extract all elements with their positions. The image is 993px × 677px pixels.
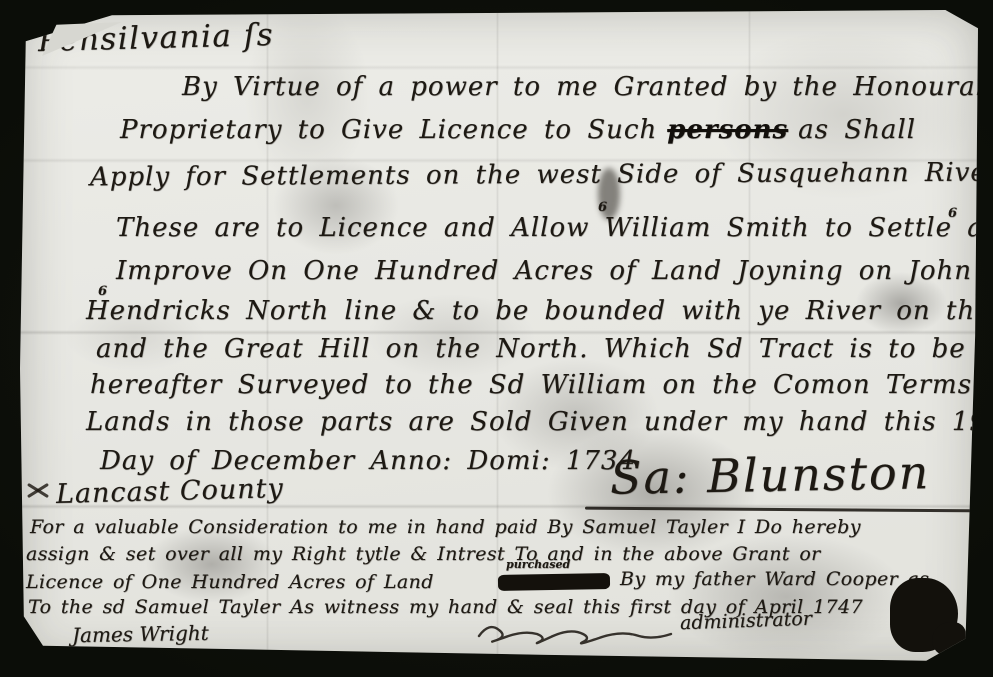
assignment-line-1: For a valuable Consideration to me in ha… [30, 516, 861, 538]
struck-word: persons [667, 115, 788, 145]
manuscript-line-1: By Virtue of a power to me Granted by th… [182, 72, 993, 102]
line-9-superscript: th [989, 409, 993, 425]
photograph-background: Pensilvania ſs By Virtue of a power to m… [0, 0, 993, 677]
manuscript-line-9: Lands in those parts are Sold Given unde… [86, 407, 993, 437]
ink-blot-obliteration [498, 573, 610, 591]
administrator-label: administrator [680, 608, 813, 635]
manuscript-line-2: Proprietary to Give Licence to Suchperso… [120, 115, 916, 145]
manuscript-line-5: Improve On One Hundred Acres of Land Joy… [116, 256, 972, 286]
assignment-line-3-before: Licence of One Hundred Acres of Land [26, 571, 434, 593]
line-2-before: Proprietary to Give Licence to Such [120, 115, 657, 145]
manuscript-line-6: Hendricks North line & to be bounded wit… [86, 296, 993, 326]
manuscript-line-10: Day of December Anno: Domi: 1734 [100, 446, 636, 476]
ink-smudge [598, 168, 620, 220]
signature-scrawl [475, 618, 675, 646]
signature-flourish-line [585, 507, 981, 513]
manuscript-line-8: hereafter Surveyed to the Sd William on … [90, 370, 993, 400]
county-heading: Lancast County [56, 473, 284, 510]
witness-signature: James Wright [72, 621, 209, 647]
line-9-text: Lands in those parts are Sold Given unde… [86, 407, 987, 437]
seal-blot-small [932, 622, 966, 656]
cross-flourish [28, 480, 48, 500]
manuscript-line-3: Apply for Settlements on the west Side o… [90, 158, 993, 193]
document-paper: Pensilvania ſs By Virtue of a power to m… [20, 10, 978, 662]
assignment-line-2: assign & set over all my Right tytle & I… [26, 543, 821, 565]
fold-crease-horizontal-1 [20, 65, 978, 70]
issuer-signature: Sa: Blunston [610, 445, 931, 505]
manuscript-line-4: These are to Licence and Allow William S… [116, 213, 993, 243]
manuscript-line-7: and the Great Hill on the North. Which S… [96, 334, 966, 364]
line-2-after: as Shall [798, 115, 916, 145]
assignment-line-3-after: By my father Ward Cooper as [620, 568, 929, 590]
inserted-word: purchased [506, 558, 570, 571]
